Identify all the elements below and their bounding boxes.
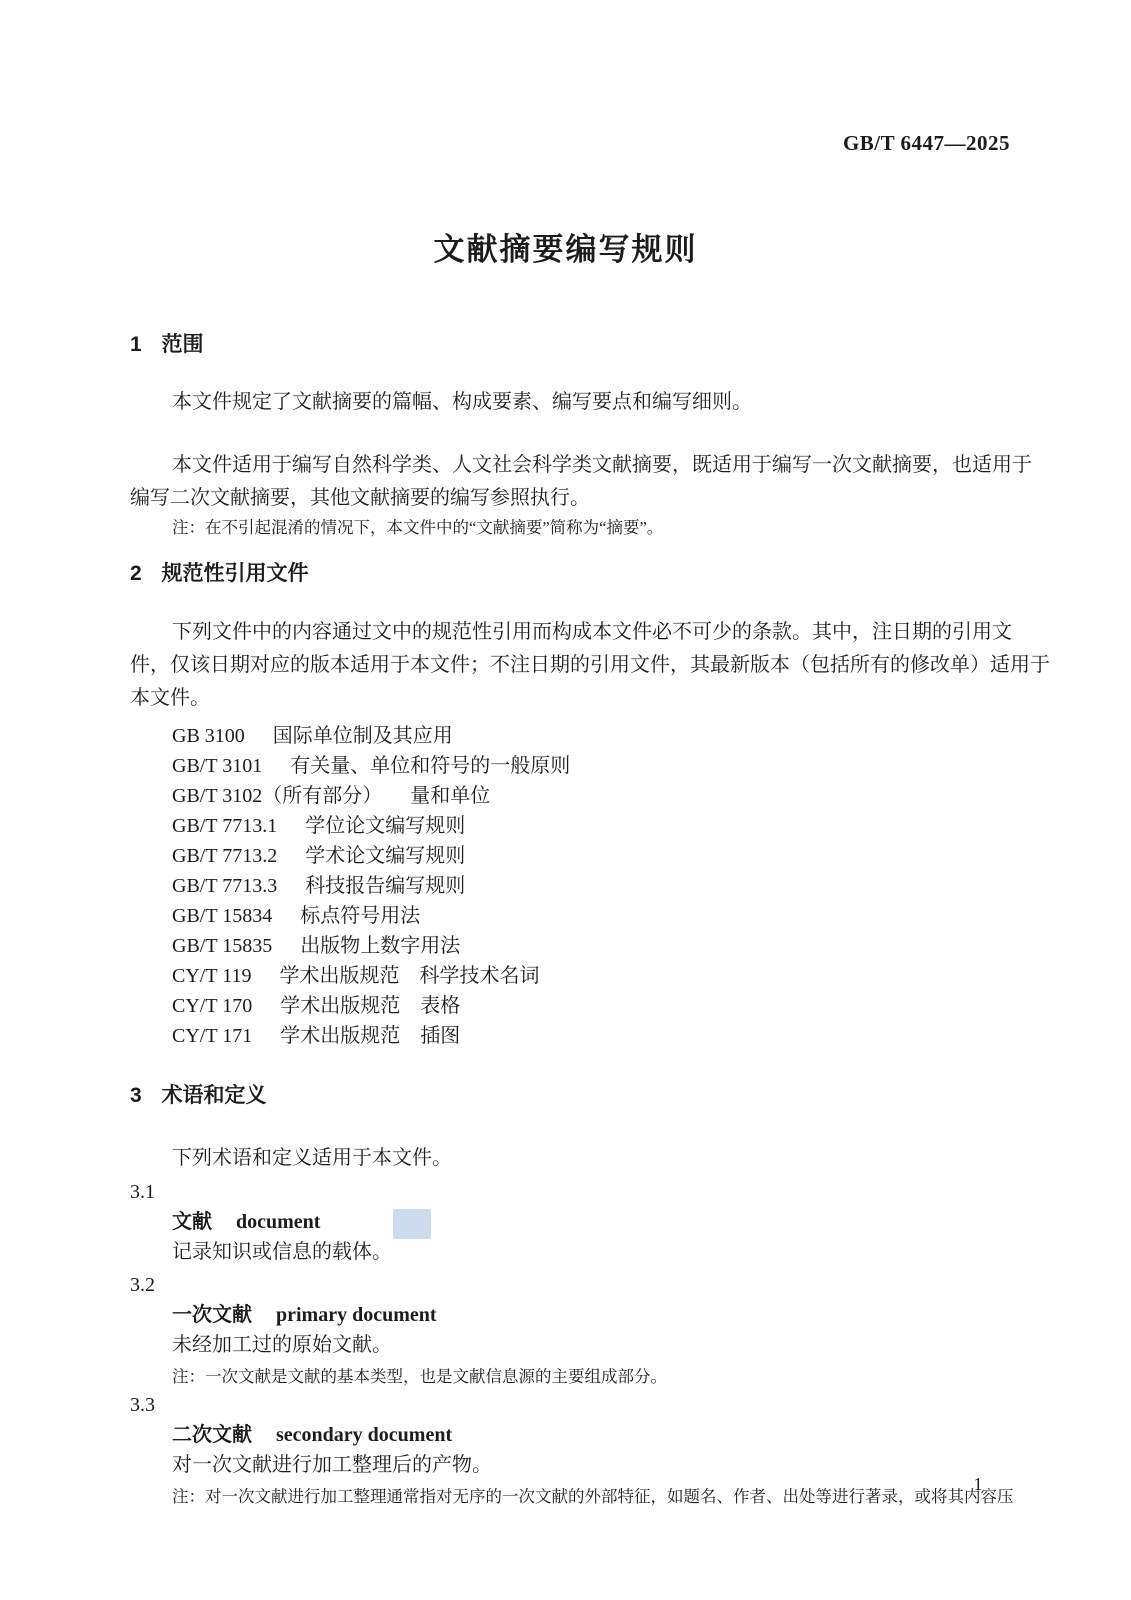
term-definition: 对一次文献进行加工整理后的产物。 <box>130 1450 1014 1480</box>
reference-title: 出版物上数字用法 <box>300 935 460 957</box>
term-name-zh: 二次文献 <box>172 1424 252 1446</box>
section-number: 1 <box>130 333 142 356</box>
watermark-fragment <box>393 1209 431 1239</box>
note: 注：在不引起混淆的情况下，本文件中的“文献摘要”简称为“摘要”。 <box>130 515 1014 541</box>
section-number: 2 <box>130 562 142 585</box>
document-title: 文献摘要编写规则 <box>0 224 1131 269</box>
reference-item: CY/T 171学术出版规范 插图 <box>130 1021 1014 1051</box>
reference-code: GB/T 7713.2 <box>172 845 277 867</box>
reference-title: 学位论文编写规则 <box>305 815 465 837</box>
reference-code: CY/T 171 <box>172 1025 252 1047</box>
reference-title: 学术出版规范 插图 <box>280 1025 460 1047</box>
term-name-en: primary document <box>276 1304 437 1326</box>
reference-title: 学术论文编写规则 <box>305 845 465 867</box>
section-heading-scope: 1 范围 <box>130 333 1014 357</box>
reference-code: GB/T 3101 <box>172 755 262 777</box>
terms-list: 3.1 文献document 记录知识或信息的载体。 3.2 一次文献prima… <box>130 1177 1014 1510</box>
term-name-zh: 文献 <box>172 1211 212 1233</box>
reference-title: 标点符号用法 <box>300 905 420 927</box>
reference-item: GB 3100国际单位制及其应用 <box>130 721 1014 751</box>
term-note: 注：一次文献是文献的基本类型，也是文献信息源的主要组成部分。 <box>130 1364 1014 1390</box>
reference-list: GB 3100国际单位制及其应用 GB/T 3101有关量、单位和符号的一般原则… <box>130 721 1014 1051</box>
reference-title: 国际单位制及其应用 <box>273 725 453 747</box>
reference-item: GB/T 7713.3科技报告编写规则 <box>130 871 1014 901</box>
reference-item: GB/T 7713.1学位论文编写规则 <box>130 811 1014 841</box>
paragraph-line: 本文件适用于编写自然科学类、人文社会科学类文献摘要，既适用于编写一次文献摘要，也… <box>130 449 1014 482</box>
reference-item: GB/T 7713.2学术论文编写规则 <box>130 841 1014 871</box>
reference-title: 量和单位 <box>410 785 490 807</box>
term-number: 3.1 <box>130 1177 1014 1207</box>
reference-item: GB/T 15834标点符号用法 <box>130 901 1014 931</box>
reference-code: CY/T 170 <box>172 995 252 1017</box>
reference-code: GB/T 3102（所有部分） <box>172 785 382 807</box>
term-name-en: secondary document <box>276 1424 452 1446</box>
reference-code: GB 3100 <box>172 725 245 747</box>
term-note: 注：对一次文献进行加工整理通常指对无序的一次文献的外部特征，如题名、作者、出处等… <box>130 1484 1014 1510</box>
paragraph-line: 下列文件中的内容通过文中的规范性引用而构成本文件必不可少的条款。其中，注日期的引… <box>130 616 1014 649</box>
reference-item: GB/T 3101有关量、单位和符号的一般原则 <box>130 751 1014 781</box>
section-heading-terms: 3 术语和定义 <box>130 1084 1014 1108</box>
reference-title: 学术出版规范 科学技术名词 <box>279 965 539 987</box>
section-title: 规范性引用文件 <box>162 562 309 585</box>
term-number: 3.2 <box>130 1270 1014 1300</box>
standard-code: GB/T 6447—2025 <box>843 131 1010 156</box>
term-name: 文献document <box>130 1207 1014 1237</box>
section-title: 范围 <box>162 333 204 356</box>
reference-title: 学术出版规范 表格 <box>280 995 460 1017</box>
reference-item: GB/T 15835出版物上数字用法 <box>130 931 1014 961</box>
reference-item: GB/T 3102（所有部分）量和单位 <box>130 781 1014 811</box>
page-content: 1 范围 本文件规定了文献摘要的篇幅、构成要素、编写要点和编写细则。 本文件适用… <box>130 333 1014 1510</box>
reference-code: GB/T 15834 <box>172 905 272 927</box>
reference-code: GB/T 7713.1 <box>172 815 277 837</box>
term-name: 一次文献primary document <box>130 1300 1014 1330</box>
term-name-zh: 一次文献 <box>172 1304 252 1326</box>
section-number: 3 <box>130 1084 142 1107</box>
section-title: 术语和定义 <box>162 1084 267 1107</box>
terms-intro: 下列术语和定义适用于本文件。 <box>130 1142 1014 1175</box>
term-definition: 记录知识或信息的载体。 <box>130 1237 1014 1267</box>
reference-code: CY/T 119 <box>172 965 251 987</box>
reference-title: 科技报告编写规则 <box>305 875 465 897</box>
reference-code: GB/T 15835 <box>172 935 272 957</box>
term-definition: 未经加工过的原始文献。 <box>130 1330 1014 1360</box>
section-heading-normative-refs: 2 规范性引用文件 <box>130 562 1014 586</box>
paragraph: 本文件规定了文献摘要的篇幅、构成要素、编写要点和编写细则。 <box>130 386 1014 419</box>
reference-title: 有关量、单位和符号的一般原则 <box>290 755 570 777</box>
term-name-en: document <box>236 1211 320 1233</box>
reference-item: CY/T 119学术出版规范 科学技术名词 <box>130 961 1014 991</box>
paragraph-line: 件，仅该日期对应的版本适用于本文件；不注日期的引用文件，其最新版本（包括所有的修… <box>130 649 1014 682</box>
reference-item: CY/T 170学术出版规范 表格 <box>130 991 1014 1021</box>
document-page: GB/T 6447—2025 文献摘要编写规则 1 范围 本文件规定了文献摘要的… <box>0 0 1131 1600</box>
term-number: 3.3 <box>130 1390 1014 1420</box>
paragraph-line: 本文件。 <box>130 682 1014 715</box>
page-number: 1 <box>952 1474 1004 1495</box>
term-name: 二次文献secondary document <box>130 1420 1014 1450</box>
reference-code: GB/T 7713.3 <box>172 875 277 897</box>
paragraph-line: 编写二次文献摘要，其他文献摘要的编写参照执行。 <box>130 482 1014 515</box>
